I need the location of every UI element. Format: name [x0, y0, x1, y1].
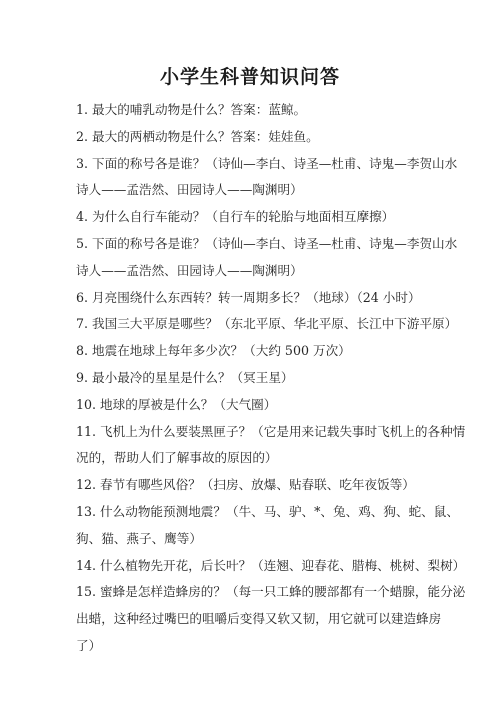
text-line: 13. 什么动物能预测地震？（牛、马、驴、*、兔、鸡、狗、蛇、鼠、: [76, 499, 432, 526]
text-line: 狗、猫、燕子、鹰等）: [76, 526, 432, 553]
text-line: 诗人——孟浩然、田园诗人——陶渊明）: [76, 258, 432, 285]
text-line: 8. 地震在地球上每年多少次？（大约 500 万次）: [76, 338, 432, 365]
text-line: 诗人——孟浩然、田园诗人——陶渊明）: [76, 177, 432, 204]
text-line: 了）: [76, 633, 432, 660]
text-line: 7. 我国三大平原是哪些？（东北平原、华北平原、长江中下游平原）: [76, 311, 432, 338]
text-line: 15. 蜜蜂是怎样造蜂房的？（每一只工蜂的腰部都有一个蜡腺，能分泌: [76, 579, 432, 606]
text-line: 12. 春节有哪些风俗？（扫房、放爆、贴春联、吃年夜饭等）: [76, 472, 432, 499]
text-line: 3. 下面的称号各是谁？（诗仙—李白、诗圣—杜甫、诗鬼—李贺山水: [76, 151, 432, 178]
text-line: 出蜡，这种经过嘴巴的咀嚼后变得又软又韧，用它就可以建造蜂房: [76, 606, 432, 633]
qa-list: 1. 最大的哺乳动物是什么？答案：蓝鲸。 2. 最大的两栖动物是什么？答案：娃娃…: [76, 97, 432, 660]
text-line: 6. 月亮围绕什么东西转？转一周期多长？（地球）（24 小时）: [76, 285, 432, 312]
text-line: 4. 为什么自行车能动？（自行车的轮胎与地面相互摩擦）: [76, 204, 432, 231]
text-line: 1. 最大的哺乳动物是什么？答案：蓝鲸。: [76, 97, 432, 124]
text-line: 5. 下面的称号各是谁？（诗仙—李白、诗圣—杜甫、诗鬼—李贺山水: [76, 231, 432, 258]
text-line: 10. 地球的厚被是什么？（大气圈）: [76, 392, 432, 419]
text-line: 11. 飞机上为什么要装黑匣子？（它是用来记载失事时飞机上的各种情: [76, 419, 432, 446]
document-title: 小学生科普知识问答: [0, 62, 500, 89]
text-line: 14. 什么植物先开花，后长叶？（连翘、迎春花、腊梅、桃树、梨树）: [76, 553, 432, 580]
text-line: 9. 最小最冷的星星是什么？（冥王星）: [76, 365, 432, 392]
text-line: 2. 最大的两栖动物是什么？答案：娃娃鱼。: [76, 124, 432, 151]
text-line: 况的，帮助人们了解事故的原因的）: [76, 445, 432, 472]
